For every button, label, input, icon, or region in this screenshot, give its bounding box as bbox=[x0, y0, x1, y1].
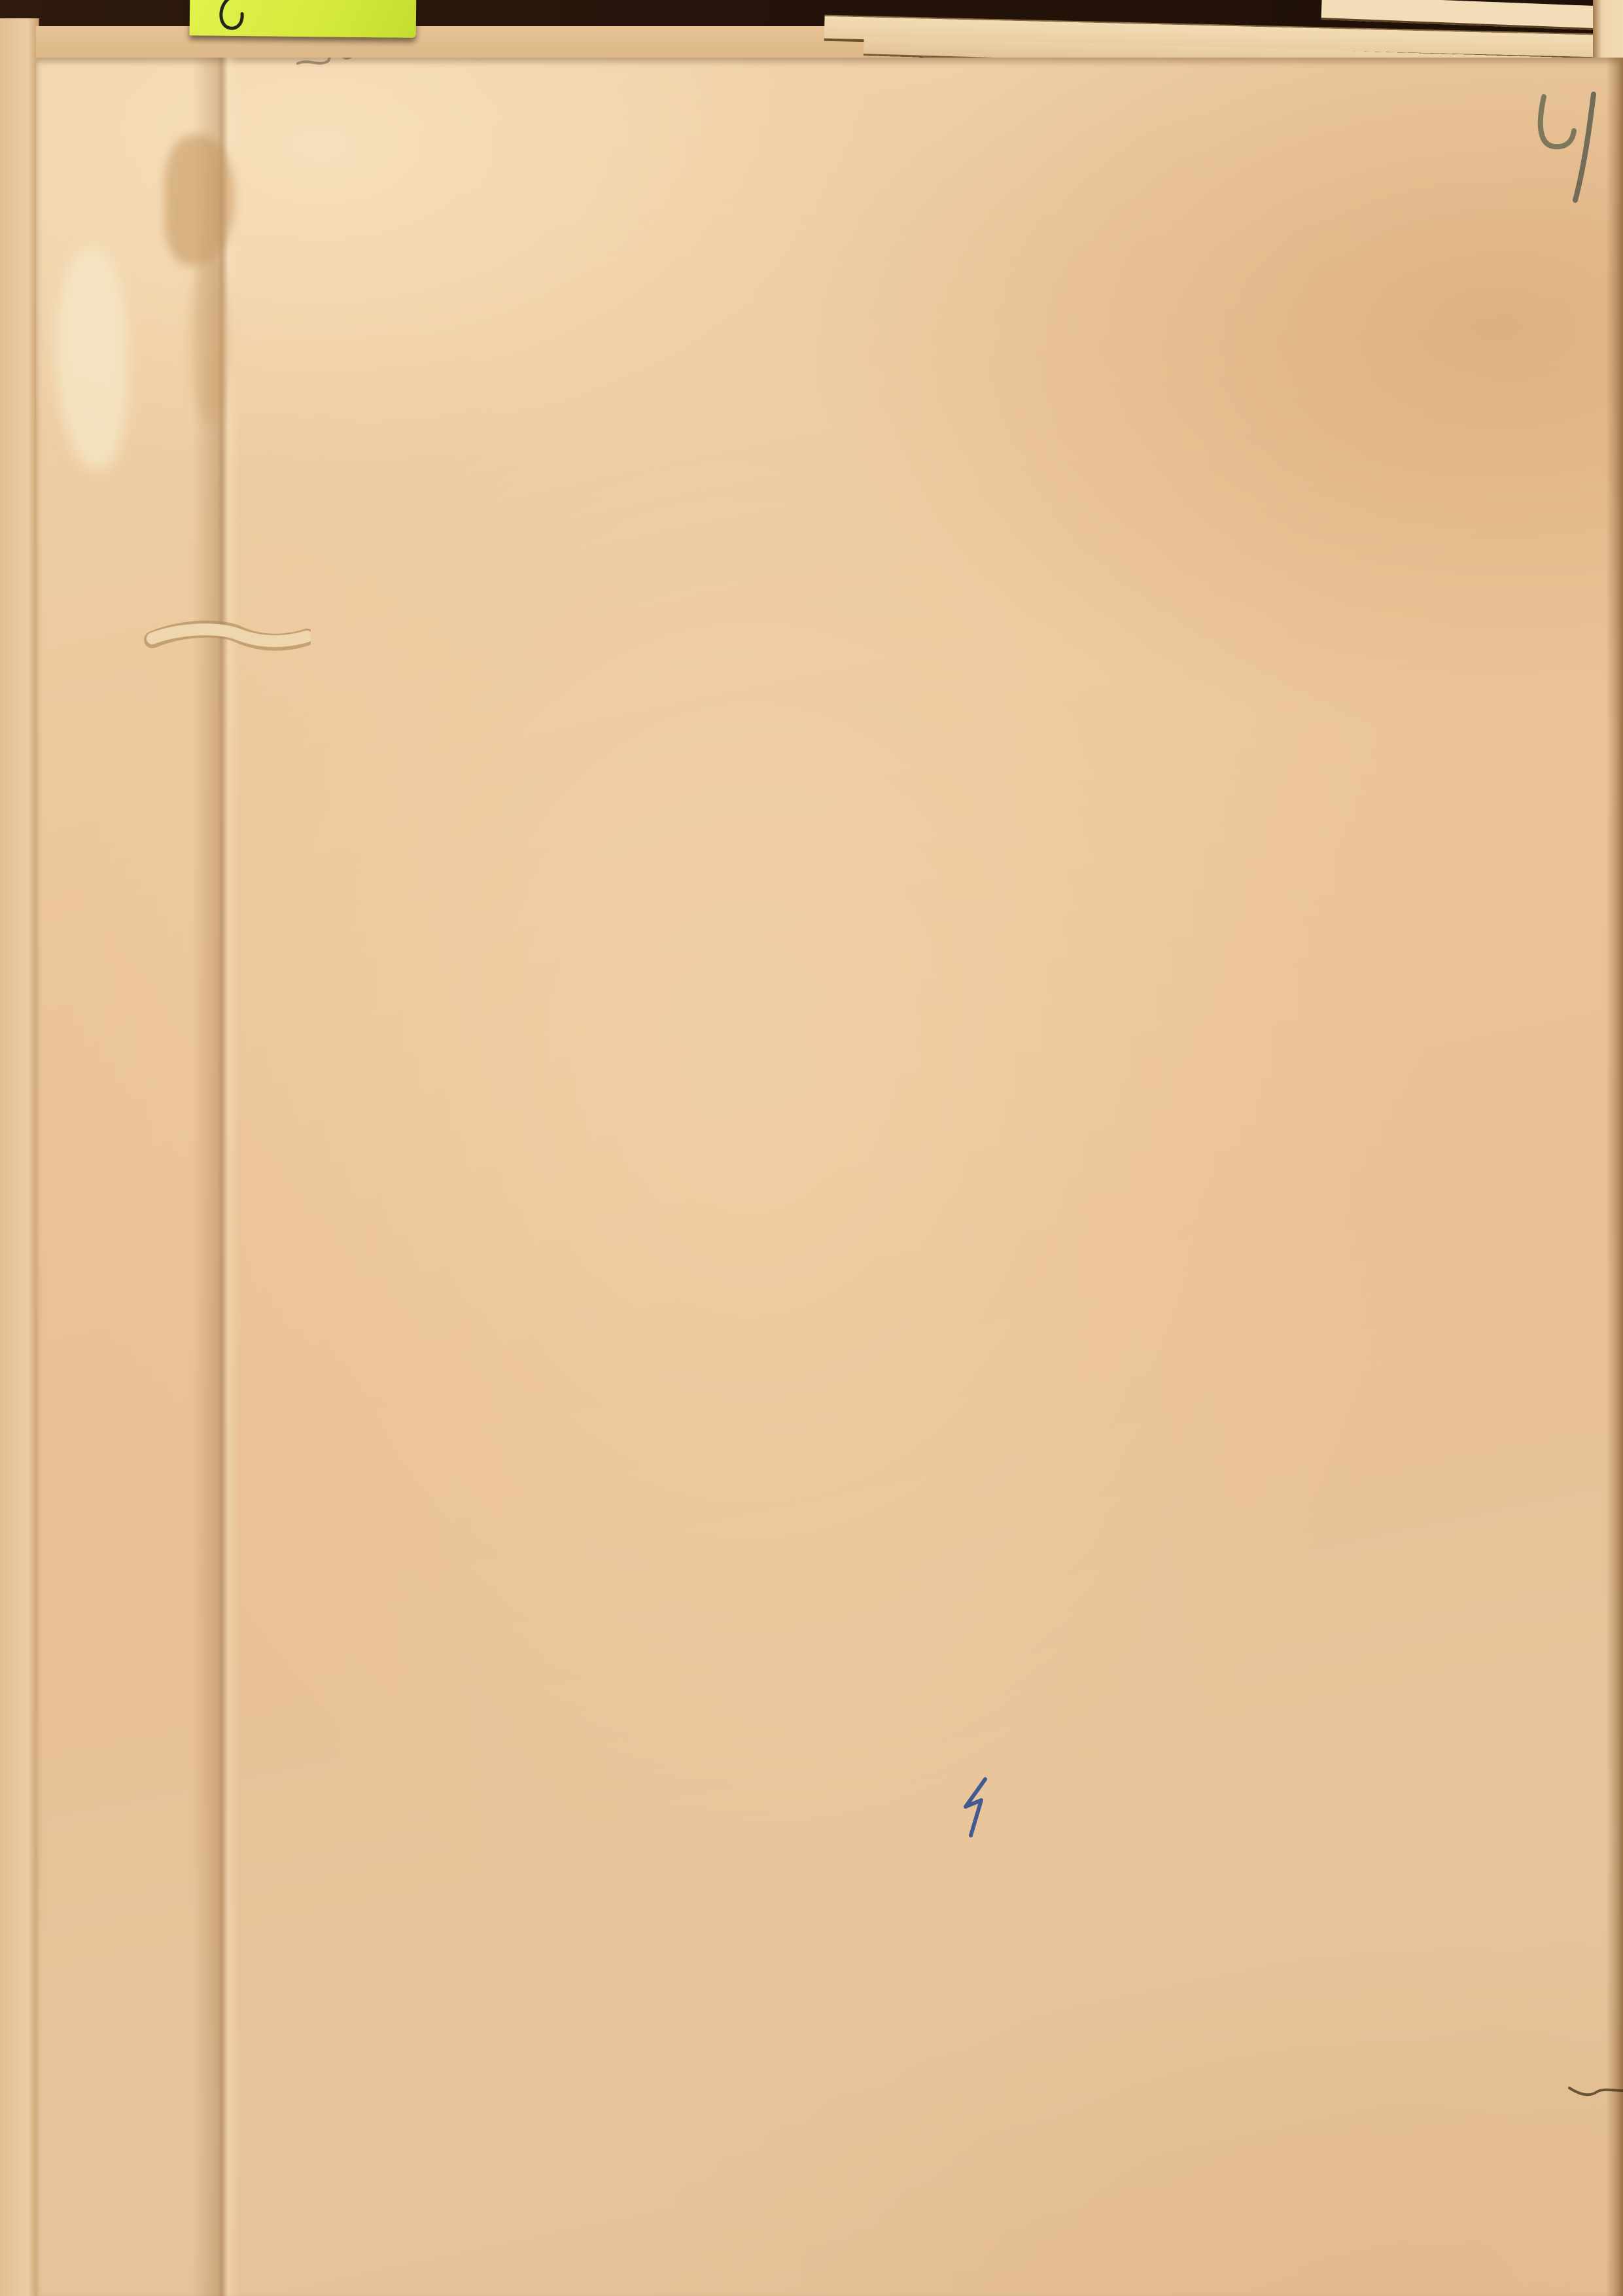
sticky-note-tab bbox=[190, 0, 417, 38]
sheet-edge-top bbox=[36, 26, 919, 61]
pencil-smudge-icon bbox=[292, 58, 384, 74]
document-page bbox=[36, 58, 1623, 2296]
binding-thread-icon bbox=[141, 608, 311, 667]
handwritten-corner-mark-icon bbox=[1529, 90, 1614, 208]
light-stain bbox=[56, 247, 128, 470]
blue-ink-check-mark-icon bbox=[956, 1777, 1002, 1842]
archival-scan: { "document": { "page_number": "- 4 -", … bbox=[0, 0, 1623, 2296]
sheet-edge-top-right-3 bbox=[1321, 0, 1623, 31]
underlying-page-left-edge bbox=[0, 18, 39, 2296]
sticky-note-pen-mark-icon bbox=[212, 0, 258, 33]
paper-crack-icon bbox=[1567, 2078, 1623, 2104]
stain-streak bbox=[190, 254, 230, 424]
page-right-edge-shadow bbox=[1606, 58, 1623, 2296]
